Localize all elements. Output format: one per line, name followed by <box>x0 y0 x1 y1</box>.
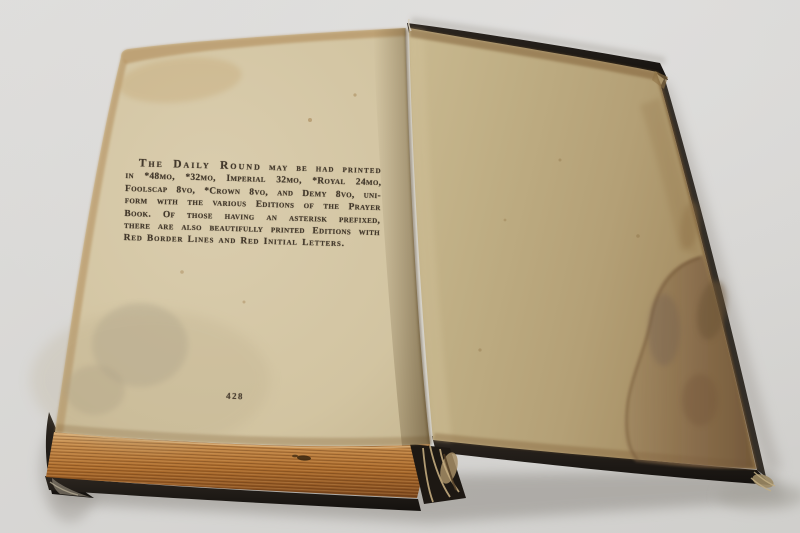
book-photo-svg <box>0 0 800 533</box>
photo-open-vintage-book: The Daily Round may be had printed in *4… <box>0 0 800 533</box>
advertisement-text: The Daily Round may be had printed in *4… <box>124 157 382 252</box>
page-number: 428 <box>217 390 253 401</box>
